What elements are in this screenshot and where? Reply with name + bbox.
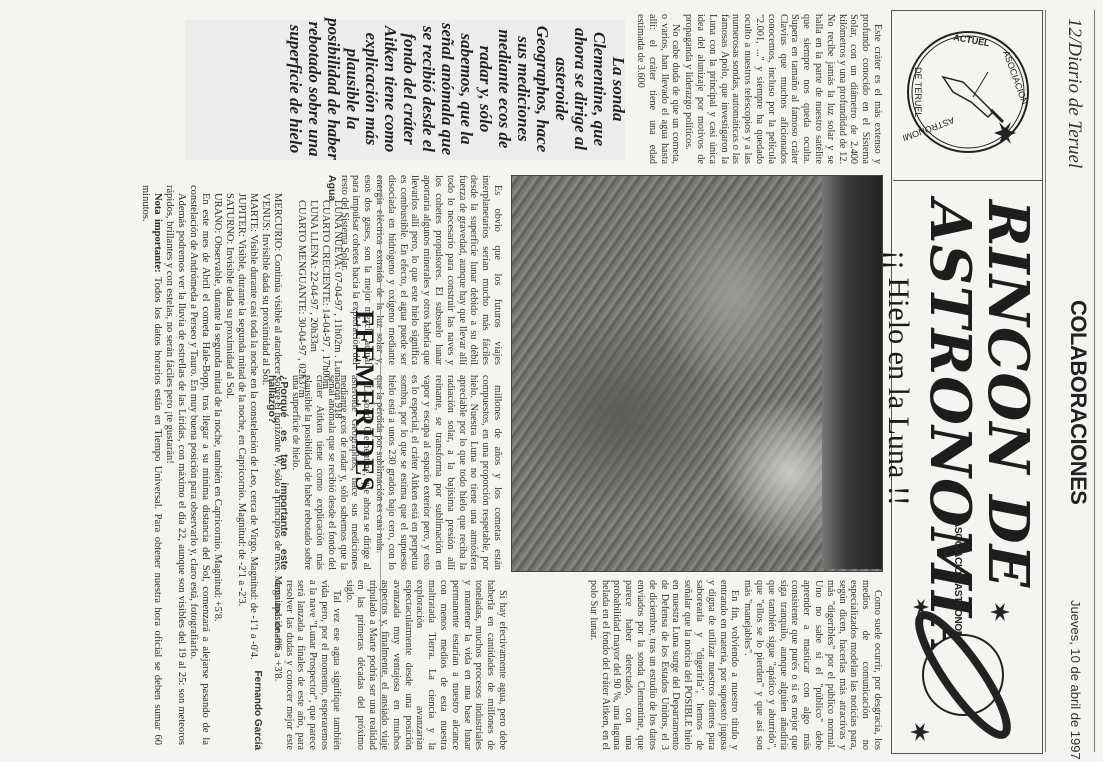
star-icon [990, 603, 1010, 621]
page-number-and-paper: 12/Diario de Teruel [1063, 18, 1085, 168]
moon-phase-row: LUNA LLENA: 22-04-97 , 20h33m [307, 200, 319, 740]
moon-phase-row: CUARTO MENGUANTE: 30-04-97 , 02h37m [295, 200, 307, 740]
efemerides-title: EFEMERIDES [349, 310, 379, 492]
planet-entry: JUPITER: Visible, durante la segunda mit… [235, 185, 247, 745]
planet-entry: URANO: Observable, durante la segunda mi… [211, 185, 223, 745]
planet-entry: VENUS: Invisible dada su proximidad al S… [259, 185, 271, 745]
article-column-1: Como suele ocurrir, por desgracia, los m… [586, 580, 883, 750]
moon-phase-row: CUARTO CRECIENTE: 14-04-97 , 17h00m [319, 200, 331, 740]
issue-date: Jueves, 10 de abril de 1997 [1068, 600, 1083, 760]
comet-note: En este mes de Abril el cometa Hale-Bopp… [187, 185, 211, 745]
planet-entry: MARTE: Visible durante casi toda la noch… [247, 185, 259, 745]
article-headline: ¡¡ Hielo en la Luna !! [881, 250, 915, 506]
planet-entry: MERCURIO: Continúa visible al atardecer … [271, 185, 283, 745]
newspaper-page: 12/Diario de Teruel COLABORACIONES Jueve… [0, 0, 1103, 762]
svg-text:ASTRONOMICA: ASTRONOMICA [903, 115, 956, 147]
moon-phases-list: LUNA NUEVA: 07-04-97 , 11h02m . Lunación… [295, 200, 343, 740]
photo-sky [822, 176, 882, 569]
time-note: Nota importante: Todos los datos horario… [139, 185, 163, 745]
article-column-continuation: Este cráter es el más extenso y profundo… [633, 14, 883, 164]
pullquote: La sonda Clementine, que ahora se dirige… [286, 14, 628, 164]
planet-entry: SATURNO: Invisible dada su proximidad al… [223, 185, 235, 745]
saturn-icon [898, 590, 1033, 750]
moon-phase-row: LUNA NUEVA: 07-04-97 , 11h02m . Lunación… [331, 200, 343, 740]
section-title: COLABORACIONES [1065, 300, 1091, 504]
planets-list: MERCURIO: Continúa visible al atardecer … [139, 185, 283, 745]
svg-text:DE TERUEL: DE TERUEL [913, 67, 923, 117]
seal-logo-icon: ASOCIACION ASTRONOMICA DE TERUEL ACTUEL [903, 22, 1033, 162]
star-icon [910, 723, 930, 741]
meteor-note: Además podremos ver la lluvia de estrell… [163, 185, 187, 745]
